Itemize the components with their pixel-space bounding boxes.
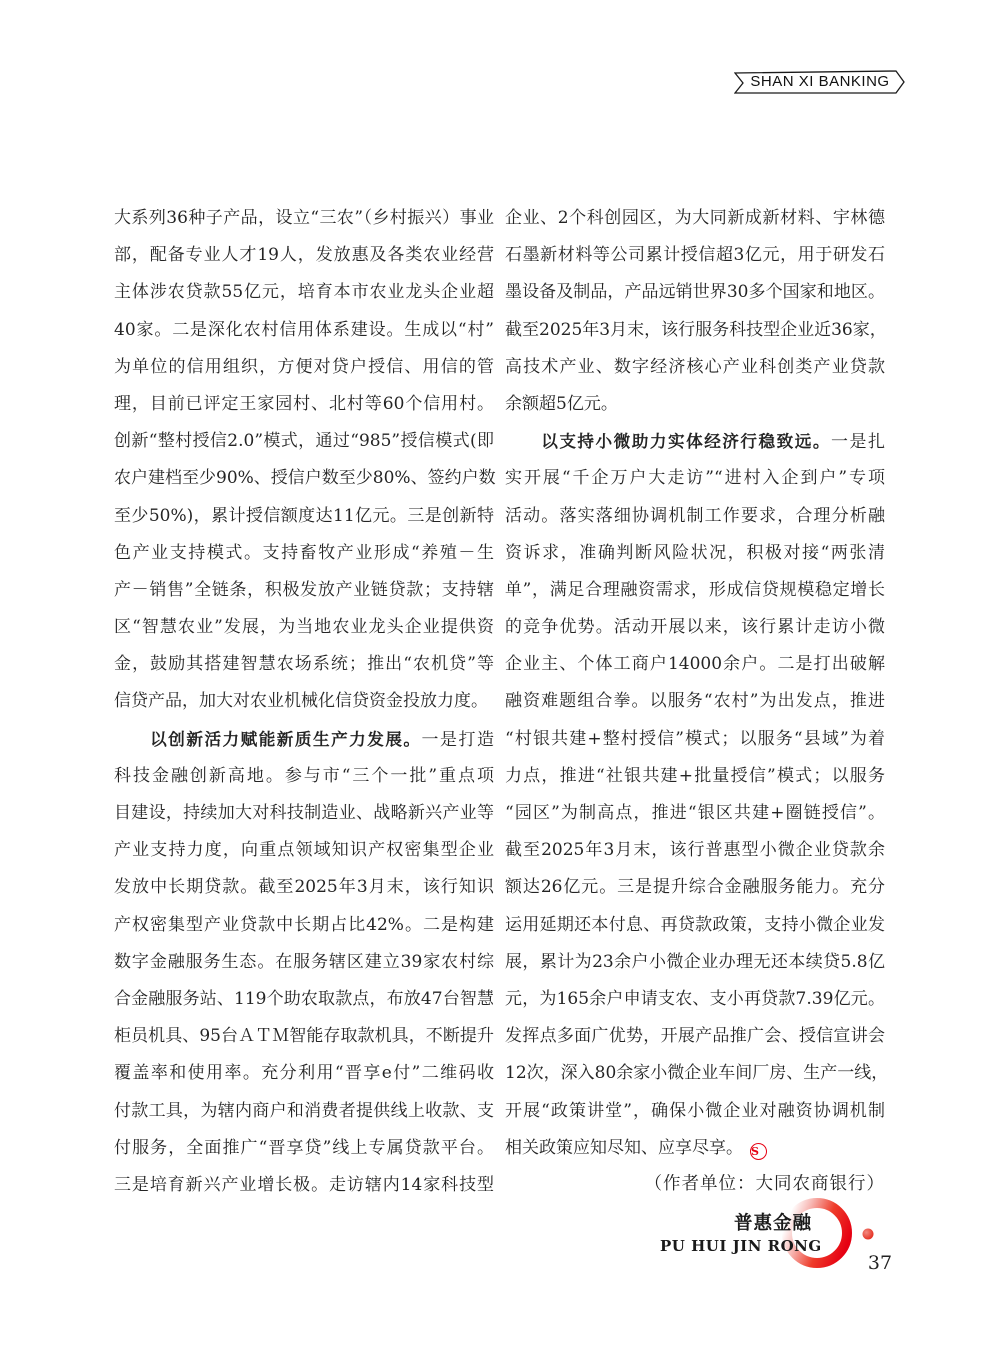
paragraph-text: 主体涉农贷款55亿元，培育本市农业龙头企业超: [114, 282, 494, 302]
text-line: 12次，深入80余家小微企业车间厂房、生产一线，: [505, 1055, 885, 1092]
text-line: 信贷产品，加大对农业机械化信贷资金投放力度。: [114, 683, 494, 720]
text-line: 资诉求，准确判断风险状况，积极对接“两张清: [505, 535, 885, 572]
paragraph-text: 余额超5亿元。: [505, 394, 618, 414]
paragraph-text: 付服务，全面推广“晋享贷”线上专属贷款平台。: [114, 1138, 494, 1158]
paragraph-text: 发挥点多面广优势，开展产品推广会、授信宣讲会: [505, 1026, 885, 1046]
paragraph-text: 截至2025年3月末，该行普惠型小微企业贷款余: [505, 840, 885, 860]
paragraph-text: 覆盖率和使用率。充分利用“晋享e付”二维码收: [114, 1063, 494, 1083]
paragraph-text: 至少50%)，累计授信额度达11亿元。三是创新特: [114, 506, 494, 526]
text-line: 付款工具，为辖内商户和消费者提供线上收款、支: [114, 1093, 494, 1130]
paragraph-text: 发放中长期贷款。截至2025年3月末，该行知识: [114, 877, 494, 897]
paragraph-text: 相关政策应知尽知、应享尽享。: [505, 1138, 743, 1158]
text-line: 大系列36种子产品，设立“三农”（乡村振兴）事业: [114, 200, 494, 237]
paragraph-text: 实开展“千企万户大走访”“进村入企到户”专项: [505, 468, 885, 488]
paragraph-text: 柜员机具、95台ＡＴＭ智能存取款机具，不断提升: [114, 1026, 494, 1046]
footer-section-title-en: PU HUI JIN RONG: [660, 1237, 812, 1255]
text-line: 以创新活力赋能新质生产力发展。一是打造: [114, 721, 494, 758]
paragraph-text: 运用延期还本付息、再贷款政策，支持小微企业发: [505, 915, 885, 935]
text-line: 元，为165余户申请支农、支小再贷款7.39亿元。: [505, 981, 885, 1018]
text-line: 部，配备专业人才19人，发放惠及各类农业经营: [114, 237, 494, 274]
text-line: 40家。二是深化农村信用体系建设。生成以“村”: [114, 312, 494, 349]
text-line: 企业、2个科创园区，为大同新成新材料、宇林德: [505, 200, 885, 237]
text-line: 实开展“千企万户大走访”“进村入企到户”专项: [505, 460, 885, 497]
text-line: 以支持小微助力实体经济行稳致远。一是扎: [505, 423, 885, 460]
text-line: 柜员机具、95台ＡＴＭ智能存取款机具，不断提升: [114, 1018, 494, 1055]
paragraph-text: 单”，满足合理融资需求，形成信贷规模稳定增长: [505, 580, 885, 600]
paragraph-lead-bold: 以支持小微助力实体经济行稳致远。: [505, 432, 831, 451]
text-line: 发放中长期贷款。截至2025年3月末，该行知识: [114, 869, 494, 906]
text-line: “村银共建+整村授信”模式；以服务“县域”为着: [505, 721, 885, 758]
paragraph-text: 目建设，持续加大对科技制造业、战略新兴产业等: [114, 803, 494, 823]
text-line: 开展“政策讲堂”，确保小微企业对融资协调机制: [505, 1093, 885, 1130]
text-line: 产－销售”全链条，积极发放产业链贷款；支持辖: [114, 572, 494, 609]
article-end-mark-icon: S: [750, 1143, 767, 1160]
paragraph-text: 付款工具，为辖内商户和消费者提供线上收款、支: [114, 1101, 494, 1121]
banner-title: SHAN XI BANKING: [746, 69, 894, 95]
paragraph-text: 额达26亿元。三是提升综合金融服务能力。充分: [505, 877, 885, 897]
paragraph-text: 农户建档至少90%、授信户数至少80%、签约户数: [114, 468, 496, 488]
paragraph-text: 截至2025年3月末，该行服务科技型企业近36家，: [505, 320, 887, 340]
text-line: 创新“整村授信2.0”模式，通过“985”授信模式(即: [114, 423, 494, 460]
paragraph-text: 大系列36种子产品，设立“三农”（乡村振兴）事业: [114, 208, 494, 228]
text-line: 截至2025年3月末，该行服务科技型企业近36家，: [505, 312, 885, 349]
text-line: 理，目前已评定王家园村、北村等60个信用村。: [114, 386, 494, 423]
text-line: 三是培育新兴产业增长极。走访辖内14家科技型: [114, 1167, 494, 1204]
text-line: 墨设备及制品，产品远销世界30多个国家和地区。: [505, 274, 885, 311]
text-line: 合金融服务站、119个助农取款点，布放47台智慧: [114, 981, 494, 1018]
text-line: 农户建档至少90%、授信户数至少80%、签约户数: [114, 460, 494, 497]
paragraph-text: 信贷产品，加大对农业机械化信贷资金投放力度。: [114, 691, 488, 711]
paragraph-text: 高技术产业、数字经济核心产业科创类产业贷款: [505, 357, 885, 377]
paragraph-text: 三是培育新兴产业增长极。走访辖内14家科技型: [114, 1175, 494, 1195]
paragraph-text: 企业主、个体工商户14000余户。二是打出破解: [505, 654, 885, 674]
paragraph-text: 科技金融创新高地。参与市“三个一批”重点项: [114, 766, 494, 786]
paragraph-text: 的竞争优势。活动开展以来，该行累计走访小微: [505, 617, 885, 637]
paragraph-text: 展，累计为23余户小微企业办理无还本续贷5.8亿: [505, 952, 885, 972]
paragraph-text: 创新“整村授信2.0”模式，通过“985”授信模式(即: [114, 431, 494, 451]
paragraph-text: 金，鼓励其搭建智慧农场系统；推出“农机贷”等: [114, 654, 494, 674]
text-line: 单”，满足合理融资需求，形成信贷规模稳定增长: [505, 572, 885, 609]
text-line: “园区”为制高点，推进“银区共建+圈链授信”。: [505, 795, 885, 832]
text-line: 付服务，全面推广“晋享贷”线上专属贷款平台。: [114, 1130, 494, 1167]
paragraph-text: 色产业支持模式。支持畜牧产业形成“养殖－生: [114, 543, 494, 563]
text-line: 主体涉农贷款55亿元，培育本市农业龙头企业超: [114, 274, 494, 311]
text-line: 石墨新材料等公司累计授信超3亿元，用于研发石: [505, 237, 885, 274]
footer-section-title-cn: 普惠金融: [690, 1209, 812, 1235]
paragraph-text: 力点，推进“社银共建+批量授信”模式；以服务: [505, 766, 885, 786]
paragraph-text: 一是扎: [831, 432, 885, 452]
paragraph-text: 资诉求，准确判断风险状况，积极对接“两张清: [505, 543, 885, 563]
text-line: 覆盖率和使用率。充分利用“晋享e付”二维码收: [114, 1055, 494, 1092]
text-line: 额达26亿元。三是提升综合金融服务能力。充分: [505, 869, 885, 906]
text-line: 展，累计为23余户小微企业办理无还本续贷5.8亿: [505, 944, 885, 981]
paragraph-text: 合金融服务站、119个助农取款点，布放47台智慧: [114, 989, 494, 1009]
text-line: 数字金融服务生态。在服务辖区建立39家农村综: [114, 944, 494, 981]
paragraph-text: 活动。落实落细协调机制工作要求，合理分析融: [505, 506, 885, 526]
text-line: 产权密集型产业贷款中长期占比42%。二是构建: [114, 907, 494, 944]
text-line: 余额超5亿元。: [505, 386, 885, 423]
magazine-page: SHAN XI BANKING 大系列36种子产品，设立“三农”（乡村振兴）事业…: [0, 0, 992, 1346]
text-line: 科技金融创新高地。参与市“三个一批”重点项: [114, 758, 494, 795]
text-line: 区“智慧农业”发展，为当地农业龙头企业提供资: [114, 609, 494, 646]
paragraph-text: 石墨新材料等公司累计授信超3亿元，用于研发石: [505, 245, 885, 265]
paragraph-text: “村银共建+整村授信”模式；以服务“县域”为着: [505, 729, 885, 749]
paragraph-text: 区“智慧农业”发展，为当地农业龙头企业提供资: [114, 617, 494, 637]
text-line: 金，鼓励其搭建智慧农场系统；推出“农机贷”等: [114, 646, 494, 683]
header-banner: SHAN XI BANKING: [734, 69, 906, 95]
text-line: 截至2025年3月末，该行普惠型小微企业贷款余: [505, 832, 885, 869]
text-line: 色产业支持模式。支持畜牧产业形成“养殖－生: [114, 535, 494, 572]
article-right-column: 企业、2个科创园区，为大同新成新材料、宇林德石墨新材料等公司累计授信超3亿元，用…: [505, 200, 885, 1167]
text-line: 为单位的信用组织，方便对贷户授信、用信的管: [114, 349, 494, 386]
paragraph-text: 开展“政策讲堂”，确保小微企业对融资协调机制: [505, 1101, 885, 1121]
text-line: 目建设，持续加大对科技制造业、战略新兴产业等: [114, 795, 494, 832]
text-line: 相关政策应知尽知、应享尽享。S: [505, 1130, 885, 1167]
paragraph-lead-bold: 以创新活力赋能新质生产力发展。: [114, 730, 422, 749]
paragraph-text: 元，为165余户申请支农、支小再贷款7.39亿元。: [505, 989, 885, 1009]
paragraph-text: 部，配备专业人才19人，发放惠及各类农业经营: [114, 245, 494, 265]
paragraph-text: 企业、2个科创园区，为大同新成新材料、宇林德: [505, 208, 885, 228]
article-left-column: 大系列36种子产品，设立“三农”（乡村振兴）事业部，配备专业人才19人，发放惠及…: [114, 200, 494, 1204]
text-line: 的竞争优势。活动开展以来，该行累计走访小微: [505, 609, 885, 646]
page-number: 37: [860, 1252, 900, 1274]
text-line: 力点，推进“社银共建+批量授信”模式；以服务: [505, 758, 885, 795]
text-line: 产业支持力度，向重点领域知识产权密集型企业: [114, 832, 494, 869]
paragraph-text: “园区”为制高点，推进“银区共建+圈链授信”。: [505, 803, 885, 823]
paragraph-text: 产权密集型产业贷款中长期占比42%。二是构建: [114, 915, 494, 935]
paragraph-text: 融资难题组合拳。以服务“农村”为出发点，推进: [505, 691, 885, 711]
text-line: 运用延期还本付息、再贷款政策，支持小微企业发: [505, 907, 885, 944]
footer-dot-icon: [863, 1229, 874, 1240]
paragraph-text: 一是打造: [422, 730, 495, 750]
text-line: 企业主、个体工商户14000余户。二是打出破解: [505, 646, 885, 683]
text-line: 高技术产业、数字经济核心产业科创类产业贷款: [505, 349, 885, 386]
paragraph-text: 为单位的信用组织，方便对贷户授信、用信的管: [114, 357, 494, 377]
paragraph-text: 12次，深入80余家小微企业车间厂房、生产一线，: [505, 1063, 888, 1083]
text-line: 活动。落实落细协调机制工作要求，合理分析融: [505, 498, 885, 535]
paragraph-text: 理，目前已评定王家园村、北村等60个信用村。: [114, 394, 494, 414]
paragraph-text: 墨设备及制品，产品远销世界30多个国家和地区。: [505, 282, 885, 302]
text-line: 发挥点多面广优势，开展产品推广会、授信宣讲会: [505, 1018, 885, 1055]
paragraph-text: 40家。二是深化农村信用体系建设。生成以“村”: [114, 320, 494, 340]
paragraph-text: 产业支持力度，向重点领域知识产权密集型企业: [114, 840, 494, 860]
text-line: 至少50%)，累计授信额度达11亿元。三是创新特: [114, 498, 494, 535]
paragraph-text: 产－销售”全链条，积极发放产业链贷款；支持辖: [114, 580, 494, 600]
paragraph-text: 数字金融服务生态。在服务辖区建立39家农村综: [114, 952, 494, 972]
text-line: 融资难题组合拳。以服务“农村”为出发点，推进: [505, 683, 885, 720]
